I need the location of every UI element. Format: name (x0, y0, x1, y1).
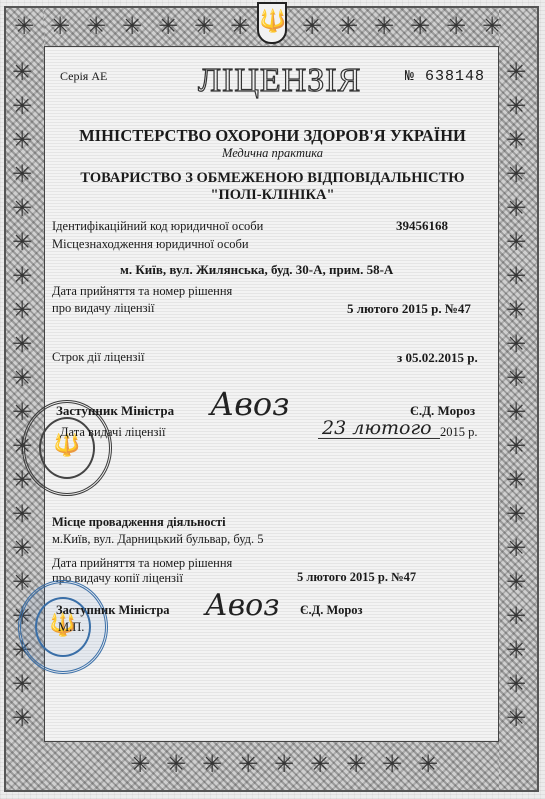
ornament-star-icon: ✳ (12, 536, 32, 560)
ornament-star-icon: ✳ (310, 752, 330, 776)
issue-date-underline (318, 438, 440, 439)
signer-position-1: Заступник Міністра (56, 403, 174, 419)
id-code-value: 39456168 (396, 218, 448, 234)
handwritten-signature-1: Авоз (210, 385, 290, 423)
decision-value: 5 лютого 2015 р. №47 (347, 301, 471, 317)
ornament-star-icon: ✳ (12, 706, 32, 730)
ornament-star-icon: ✳ (12, 60, 32, 84)
license-number: № 638148 (405, 68, 485, 85)
organization-name-line2: "ПОЛІ-КЛІНІКА" (0, 187, 545, 204)
trident-icon: 🔱 (257, 2, 287, 44)
ornament-star-icon: ✳ (12, 502, 32, 526)
ornament-star-icon: ✳ (166, 752, 186, 776)
ornament-star-icon: ✳ (12, 366, 32, 390)
location-value: м. Київ, вул. Жилянська, буд. 30-А, прим… (120, 262, 393, 278)
ornament-star-icon: ✳ (506, 468, 526, 492)
ornament-star-icon: ✳ (382, 752, 402, 776)
validity-label: Строк дії ліцензії (52, 350, 144, 365)
ornament-star-icon: ✳ (230, 14, 250, 38)
ornament-star-icon: ✳ (302, 14, 322, 38)
ornament-star-icon: ✳ (158, 14, 178, 38)
ornament-star-icon: ✳ (374, 14, 394, 38)
ornament-star-icon: ✳ (12, 672, 32, 696)
signer-position-2: Заступник Міністра (56, 603, 170, 618)
validity-value: з 05.02.2015 р. (397, 350, 478, 366)
signer-name-2: Є.Д. Мороз (300, 603, 363, 618)
ornament-star-icon: ✳ (506, 672, 526, 696)
ornament-star-icon: ✳ (12, 298, 32, 322)
ornament-star-icon: ✳ (238, 752, 258, 776)
ornament-star-icon: ✳ (86, 14, 106, 38)
ornament-star-icon: ✳ (506, 604, 526, 628)
decision-label-1: Дата прийняття та номер рішення (52, 284, 232, 299)
ornament-star-icon: ✳ (506, 706, 526, 730)
ornament-star-icon: ✳ (446, 14, 466, 38)
activity-place-label: Місце провадження діяльності (52, 515, 226, 530)
ornament-star-icon: ✳ (506, 638, 526, 662)
license-page: ✳✳✳✳✳✳✳✳✳✳✳✳✳✳✳✳✳✳✳✳✳✳✳✳✳✳✳✳✳✳✳✳✳✳✳✳✳✳✳✳… (0, 0, 545, 799)
issue-date-handwritten: 23 лютого (322, 417, 432, 439)
ornament-star-icon: ✳ (14, 14, 34, 38)
ornament-star-icon: ✳ (482, 14, 502, 38)
ornament-star-icon: ✳ (506, 366, 526, 390)
ornament-star-icon: ✳ (506, 94, 526, 118)
document-title: ЛІЦЕНЗІЯ (198, 62, 361, 100)
location-label: Місцезнаходження юридичної особи (52, 237, 249, 252)
ornament-star-icon: ✳ (202, 752, 222, 776)
ornament-star-icon: ✳ (12, 264, 32, 288)
ornament-star-icon: ✳ (506, 264, 526, 288)
ornament-star-icon: ✳ (12, 230, 32, 254)
ornament-star-icon: ✳ (12, 94, 32, 118)
ornament-star-icon: ✳ (12, 332, 32, 356)
series-label: Серія АЕ (60, 69, 107, 84)
ornament-star-icon: ✳ (506, 570, 526, 594)
stamp-place-label: М.П. (58, 620, 84, 635)
ornament-star-icon: ✳ (506, 400, 526, 424)
ornament-star-icon: ✳ (410, 14, 430, 38)
activity-place-value: м.Київ, вул. Дарницький бульвар, буд. 5 (52, 532, 264, 547)
copy-decision-label-1: Дата прийняття та номер рішення (52, 556, 232, 571)
ornament-star-icon: ✳ (274, 752, 294, 776)
ornament-star-icon: ✳ (194, 14, 214, 38)
ornament-star-icon: ✳ (122, 14, 142, 38)
ornament-star-icon: ✳ (506, 332, 526, 356)
id-code-label: Ідентифікаційний код юридичної особи (52, 219, 263, 234)
bottom-ornament (6, 742, 537, 790)
ornament-star-icon: ✳ (506, 536, 526, 560)
activity-type: Медична практика (0, 146, 545, 161)
decision-label-2: про видачу ліцензії (52, 301, 155, 316)
ornament-star-icon: ✳ (418, 752, 438, 776)
ornament-star-icon: ✳ (506, 230, 526, 254)
ornament-star-icon: ✳ (338, 14, 358, 38)
issue-date-label: Дата видачі ліцензії (60, 425, 165, 440)
ornament-star-icon: ✳ (50, 14, 70, 38)
ornament-star-icon: ✳ (506, 60, 526, 84)
ornament-star-icon: ✳ (506, 502, 526, 526)
ornament-star-icon: ✳ (12, 570, 32, 594)
ministry-name: МІНІСТЕРСТВО ОХОРОНИ ЗДОРОВ'Я УКРАЇНИ (0, 126, 545, 146)
organization-name-line1: ТОВАРИСТВО З ОБМЕЖЕНОЮ ВІДПОВІДАЛЬНІСТЮ (0, 170, 545, 187)
ornament-star-icon: ✳ (506, 298, 526, 322)
ornament-star-icon: ✳ (130, 752, 150, 776)
ornament-star-icon: ✳ (346, 752, 366, 776)
handwritten-signature-2: Авоз (205, 588, 280, 623)
issue-year: 2015 р. (440, 425, 478, 440)
ornament-star-icon: ✳ (506, 434, 526, 458)
copy-decision-value: 5 лютого 2015 р. №47 (297, 570, 416, 585)
